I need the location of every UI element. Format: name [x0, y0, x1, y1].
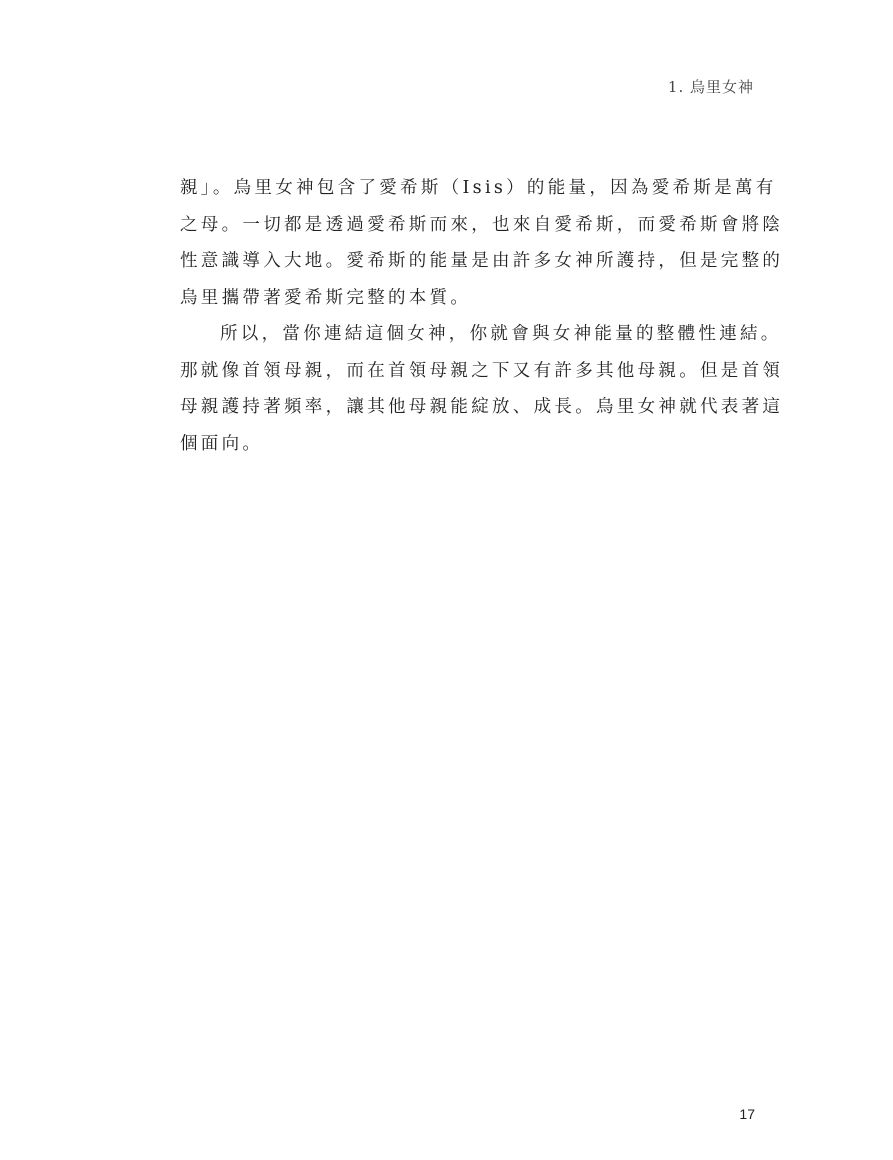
body-text: 親」。烏里女神包含了愛希斯（Isis）的能量，因為愛希斯是萬有 之母。一切都是透… — [180, 170, 756, 462]
text-line: 親」。烏里女神包含了愛希斯（Isis）的能量，因為愛希斯是萬有 — [180, 170, 756, 207]
text-line: 那就像首領母親，而在首領母親之下又有許多其他母親。但是首領 — [180, 353, 756, 390]
text-line: 烏里攜帶著愛希斯完整的本質。 — [180, 280, 756, 317]
running-header: 1. 烏里女神 — [668, 76, 754, 97]
text-line: 之母。一切都是透過愛希斯而來，也來自愛希斯，而愛希斯會將陰 — [180, 207, 756, 244]
text-line: 個面向。 — [180, 426, 756, 463]
text-line: 母親護持著頻率，讓其他母親能綻放、成長。烏里女神就代表著這 — [180, 389, 756, 426]
page-number: 17 — [739, 1106, 755, 1122]
text-line-paragraph-start: 所以，當你連結這個女神，你就會與女神能量的整體性連結。 — [180, 316, 756, 353]
text-line: 性意識導入大地。愛希斯的能量是由許多女神所護持，但是完整的 — [180, 243, 756, 280]
